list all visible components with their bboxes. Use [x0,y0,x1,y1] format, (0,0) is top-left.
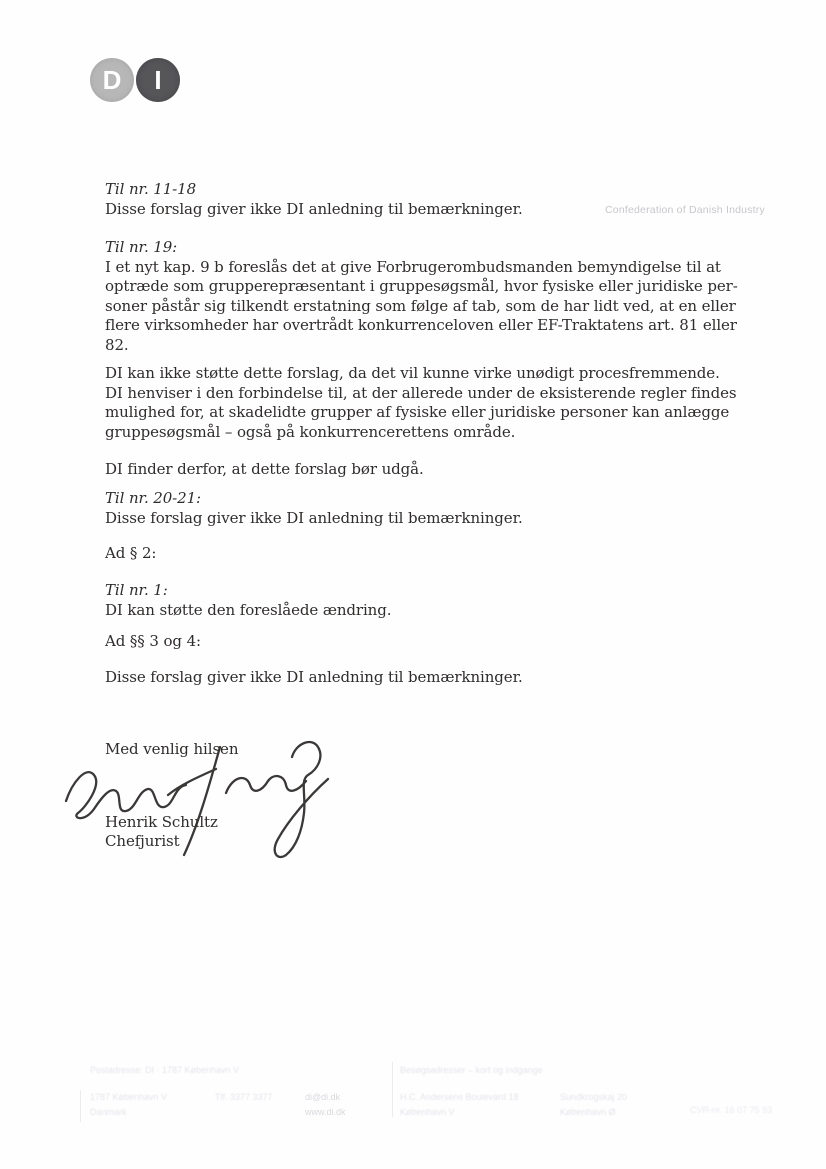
footer-address-2-street: Sundkrogskaj 20 [560,1092,627,1103]
logo-letter-i: I [154,65,161,96]
di-logo: D I [90,58,180,102]
footer-country: Danmark [90,1107,127,1118]
paragraph-di-finder-derfor: DI finder derfor, at dette forslag bør u… [105,460,424,480]
paragraph-line: Ad § 2: [105,544,156,564]
paragraph-line: Disse forslag giver ikke DI anledning ti… [105,509,523,529]
paragraph-line: DI kan ikke støtte dette forslag, da det… [105,364,737,384]
signature-stroke [226,776,306,793]
signer-name: Henrik Schultz [105,813,218,833]
logo-circle-i: I [136,58,180,102]
section-ad-3-4: Ad §§ 3 og 4: [105,632,201,652]
signature-stroke [184,747,220,855]
section-til-19: Til nr. 19: I et nyt kap. 9 b foreslås d… [105,238,738,355]
section-til-20-21: Til nr. 20-21: Disse forslag giver ikke … [105,489,523,528]
paragraph-line: Disse forslag giver ikke DI anledning ti… [105,668,523,688]
paragraph-line: soner påstår sig tilkendt erstatning som… [105,297,738,317]
footer-address-2-city: København Ø [560,1107,616,1118]
logo-letter-d: D [103,65,122,96]
handwritten-signature [56,735,348,870]
paragraph-line: DI henviser i den forbindelse til, at de… [105,384,737,404]
signer-title: Chefjurist [105,832,180,852]
footer-visits-label: Besøgsadresser – kort og indgange [400,1065,543,1076]
section-til-1: Til nr. 1: DI kan støtte den foreslåede … [105,581,391,620]
footer-website: www.di.dk [305,1107,346,1118]
paragraph-line: gruppesøgsmål – også på konkurrencerette… [105,423,737,443]
paragraph-line: Ad §§ 3 og 4: [105,632,201,652]
footer-divider-left [80,1090,81,1122]
paragraph-line: DI kan støtte den foreslåede ændring. [105,601,391,621]
footer-city: 1787 København V [90,1092,167,1103]
section-heading: Til nr. 19: [105,238,738,258]
paragraph-line: optræde som grupperepræsentant i gruppes… [105,277,738,297]
paragraph-di-kan-ikke-stotte: DI kan ikke støtte dette forslag, da det… [105,364,737,442]
section-heading: Til nr. 1: [105,581,391,601]
paragraph-line: flere virksomheder har overtrådt konkurr… [105,316,738,336]
paragraph-line: I et nyt kap. 9 b foreslås det at give F… [105,258,738,278]
paragraph-closing-remark: Disse forslag giver ikke DI anledning ti… [105,668,523,688]
paragraph-line: mulighed for, at skadelidte grupper af f… [105,403,737,423]
logo-circle-d: D [90,58,134,102]
paragraph-line: DI finder derfor, at dette forslag bør u… [105,460,424,480]
footer-postal-line: Postadresse: DI · 1787 København V [90,1065,239,1076]
signature-stroke [275,742,328,857]
section-heading: Til nr. 20-21: [105,489,523,509]
footer-address-1-city: København V [400,1107,455,1118]
letterhead-watermark: Confederation of Danish Industry [605,204,765,216]
scanned-letter-page: D I Confederation of Danish Industry Til… [0,0,826,1169]
paragraph-line: Disse forslag giver ikke DI anledning ti… [105,200,523,220]
footer-email: di@di.dk [305,1092,340,1103]
section-ad-2: Ad § 2: [105,544,156,564]
footer-divider-middle [392,1062,393,1117]
section-heading: Til nr. 11-18 [105,180,523,200]
footer-cvr-number: CVR-nr. 16 07 75 93 [690,1105,772,1116]
footer-address-1-street: H.C. Andersens Boulevard 18 [400,1092,519,1103]
footer-phone: Tlf. 3377 3377 [215,1092,273,1103]
section-til-11-18: Til nr. 11-18 Disse forslag giver ikke D… [105,180,523,219]
paragraph-line: 82. [105,336,738,356]
